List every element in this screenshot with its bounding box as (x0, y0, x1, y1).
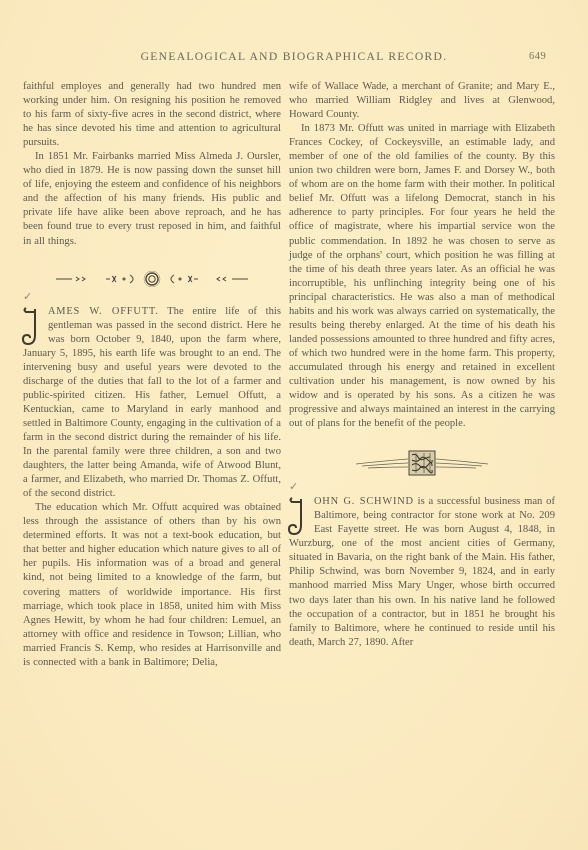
knotwork-divider-ornament-icon (352, 449, 492, 477)
biography-subject-name: OHN G. SCHWIND (314, 496, 414, 507)
book-page: GENEALOGICAL AND BIOGRAPHICAL RECORD. 64… (0, 0, 588, 850)
biography-schwind: OHN G. SCHWIND is a successful business … (289, 495, 555, 650)
right-column: wife of Wallace Wade, a merchant of Gran… (289, 80, 555, 650)
page-number: 649 (529, 51, 546, 62)
drop-cap-j-icon (288, 496, 310, 536)
biography-offutt: AMES W. OFFUTT. The entire life of this … (23, 305, 281, 670)
continued-paragraph: faithful employes and generally had two … (23, 80, 281, 150)
check-mark-icon: ✓ (23, 289, 281, 305)
check-mark-icon: ✓ (289, 479, 555, 495)
paragraph: The education which Mr. Offutt acquired … (23, 501, 281, 670)
scroll-divider-ornament-icon (52, 271, 252, 287)
running-title: GENEALOGICAL AND BIOGRAPHICAL RECORD. (0, 50, 588, 63)
continued-paragraph: wife of Wallace Wade, a merchant of Gran… (289, 80, 555, 122)
drop-cap-j-icon (22, 306, 44, 346)
paragraph: In 1851 Mr. Fairbanks married Miss Almed… (23, 150, 281, 248)
paragraph: The entire life of this gentleman was pa… (23, 306, 281, 500)
biography-subject-name: AMES W. OFFUTT. (48, 306, 159, 317)
left-column: faithful employes and generally had two … (23, 80, 281, 670)
paragraph: In 1873 Mr. Offutt was united in marriag… (289, 122, 555, 431)
paragraph: is a successful business man of Baltimor… (289, 496, 555, 647)
